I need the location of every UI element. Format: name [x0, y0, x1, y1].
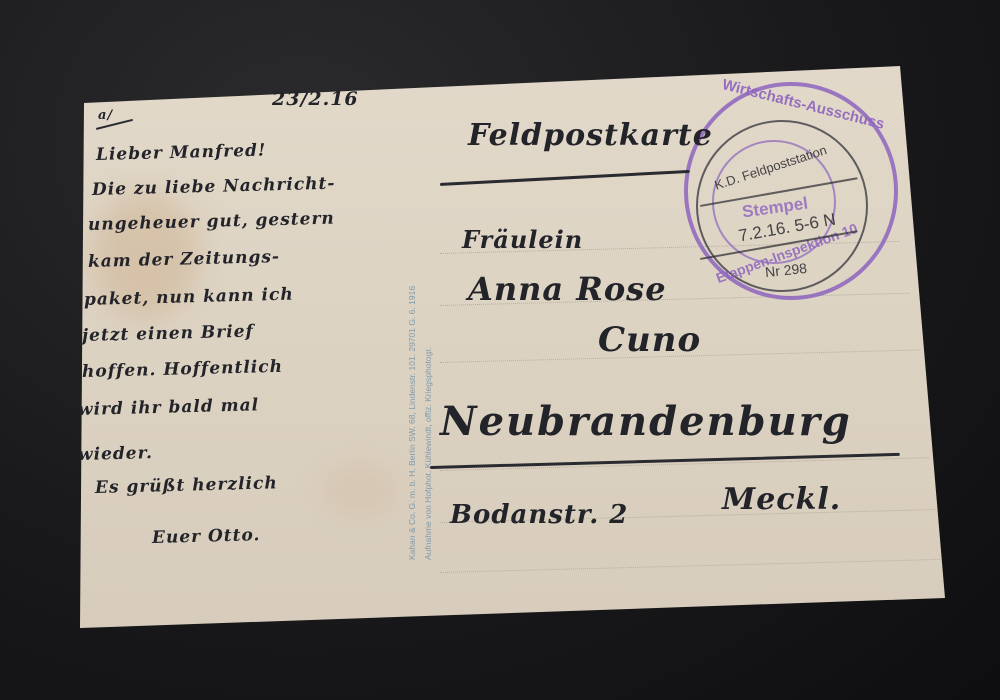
recipient-street: Bodanstr. 2 — [450, 500, 628, 530]
corner-mark: a/ — [98, 108, 113, 123]
message-date: 23/2.16 — [272, 88, 359, 110]
imprint-line-2: Aufnahme von Hofphot. Kühlewindt, offiz.… — [420, 286, 436, 560]
recipient-salutation: Fräulein — [462, 225, 583, 254]
publisher-imprint: Kahan & Co. G. m. b. H. Berlin SW. 68, L… — [404, 286, 436, 560]
signature: Euer Otto. — [152, 525, 261, 548]
recipient-name: Anna Rose — [468, 270, 667, 308]
imprint-line-1: Kahan & Co. G. m. b. H. Berlin SW. 68, L… — [404, 286, 420, 560]
recipient-region: Meckl. — [722, 482, 841, 517]
recipient-surname: Cuno — [598, 320, 701, 360]
feldpostkarte-header: Feldpostkarte — [468, 118, 713, 153]
recipient-city: Neubrandenburg — [440, 398, 852, 445]
message-line: wieder. — [78, 443, 153, 465]
age-stain — [320, 460, 400, 520]
